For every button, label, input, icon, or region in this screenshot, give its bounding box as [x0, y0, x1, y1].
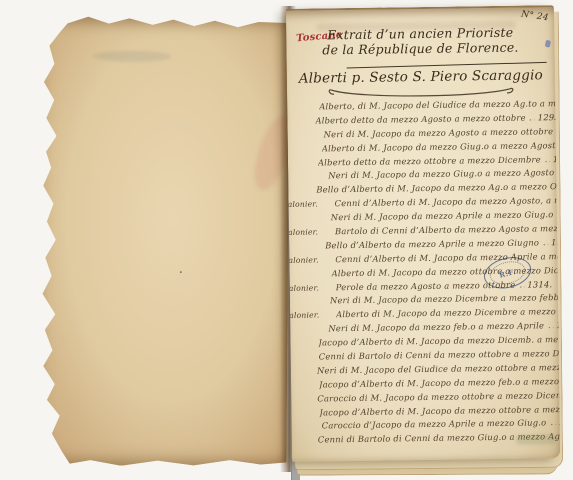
faded-stamp-remnant: [516, 434, 556, 445]
ink-speck: [180, 271, 182, 273]
gonfalonier-margin-note: Gonfalonier.: [286, 309, 320, 324]
gonfalonier-margin-note: Gonfalonier.: [286, 281, 319, 296]
dot-leader: [529, 111, 535, 120]
faint-ink-smudge: [93, 51, 171, 63]
left-page: [28, 14, 289, 467]
manuscript-scan: Toscane N° 24 Extrait d’un ancien Priori…: [0, 0, 573, 480]
gonfalonier-margin-note: Gonfalonier.: [286, 198, 318, 213]
dot-leader: [544, 153, 550, 162]
folio-number: N° 24: [521, 9, 550, 23]
dot-leader: [547, 319, 553, 328]
right-page: Toscane N° 24 Extrait d’un ancien Priori…: [286, 5, 560, 462]
gonfalonier-margin-note: Gonfalonier.: [286, 225, 319, 240]
gonfalonier-margin-note: Gonfalonier.: [286, 253, 319, 268]
dot-leader: [549, 417, 555, 426]
document-title: Extrait d’un ancien Prioriste de la Répu…: [286, 24, 554, 58]
title-line-2: de la République de Florence.: [286, 39, 554, 58]
dot-leader: [542, 236, 548, 245]
